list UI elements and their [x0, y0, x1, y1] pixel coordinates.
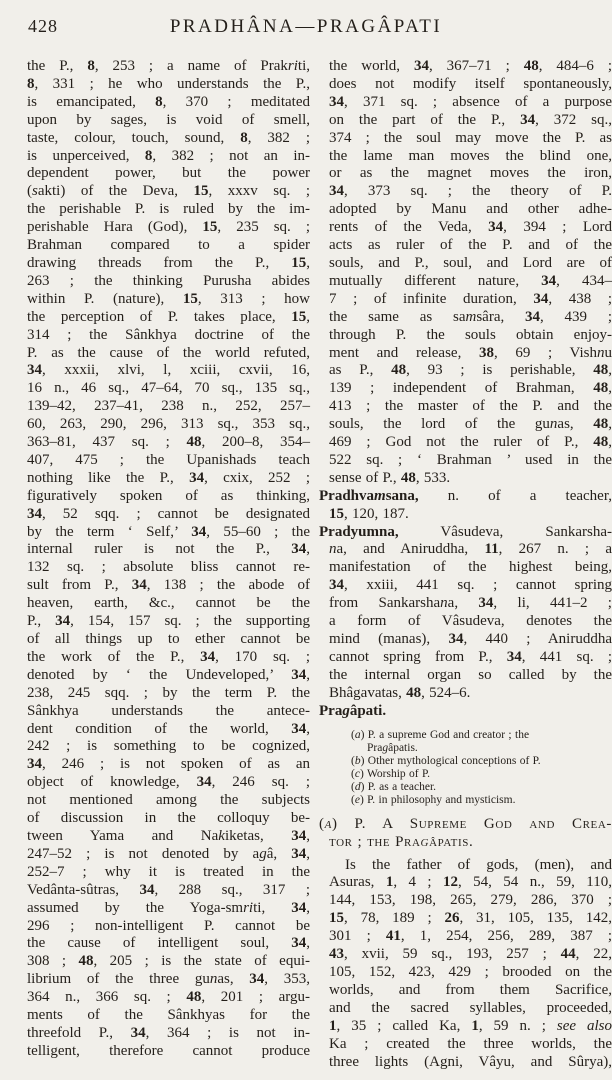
right-column: the world, 34, 367–71 ; 48, 484–6 ;does …: [319, 58, 612, 1071]
text-line: the same as samsâra, 34, 439 ;: [329, 309, 612, 327]
text-line: 247–52 ; is not denoted by agâ, 34,: [27, 846, 310, 864]
page-title: PRADHÂNA—PRAGÂPATI: [0, 16, 612, 38]
text-line: is emancipated, 8, 370 ; meditated: [27, 94, 310, 112]
text-line: Is the father of gods, (men), and: [329, 857, 612, 875]
text-line: denoted by ‘ the Undeveloped,’ 34,: [27, 667, 310, 685]
text-line: 263 ; the thinking Purusha abides: [27, 273, 310, 291]
text-line: a form of Vâsudeva, denotes the: [329, 613, 612, 631]
text-line: perishable Hara (God), 15, 235 sq. ;: [27, 219, 310, 237]
text-columns: the P., 8, 253 ; a name of Prakriti,8, 3…: [0, 57, 612, 1071]
text-line: souls, and P., soul, and Lord are of: [329, 255, 612, 273]
page-header: 428 PRADHÂNA—PRAGÂPATI: [0, 0, 612, 56]
text-line: 242 ; is something to be cognized,: [27, 738, 310, 756]
text-line: 374 ; the soul may move the P. as: [329, 130, 612, 148]
text-line: acts as ruler of the P. and of the: [329, 237, 612, 255]
text-line: and the sacred syllables, proceeded,: [329, 1000, 612, 1018]
text-line: 413 ; the master of the P. and the: [329, 398, 612, 416]
text-line: (a) P. a supreme God and creator ; the: [329, 729, 612, 742]
text-line: cannot spring from P., 34, 441 sq. ;: [329, 649, 612, 667]
text-line: 15, 78, 189 ; 26, 31, 105, 135, 142,: [329, 910, 612, 928]
text-line: nothing like the P., 34, cxix, 252 ;: [27, 470, 310, 488]
text-line: 407, 475 ; the Upanishads teach: [27, 452, 310, 470]
text-line: (c) Worship of P.: [329, 768, 612, 781]
text-line: manifestation of the highest being,: [329, 559, 612, 577]
text-line: or as the magnet moves the iron,: [329, 165, 612, 183]
text-line: 363–81, 437 sq. ; 48, 200–8, 354–: [27, 434, 310, 452]
text-line: from Sankarshana, 34, li, 441–2 ;: [329, 595, 612, 613]
text-line: ments of the Sânkhyas for the: [27, 1007, 310, 1025]
text-line: 16 n., 46 sq., 47–64, 70 sq., 135 sq.,: [27, 380, 310, 398]
text-line: 34, 52 sqq. ; cannot be designated: [27, 506, 310, 524]
text-line: Vedânta-sûtras, 34, 288 sq., 317 ;: [27, 882, 310, 900]
text-line: Bhâgavatas, 48, 524–6.: [329, 685, 612, 703]
text-line: mutually different nature, 34, 434–: [329, 273, 612, 291]
text-line: souls, the lord of the gunas, 48,: [329, 416, 612, 434]
text-line: 252–7 ; why it is treated in the: [27, 864, 310, 882]
text-line: (sakti) of the Deva, 15, xxxv sq. ;: [27, 183, 310, 201]
text-line: the P., 8, 253 ; a name of Prakriti,: [27, 58, 310, 76]
text-line: as P., 48, 93 ; is perishable, 48,: [329, 362, 612, 380]
text-line: 7 ; of infinite duration, 34, 438 ;: [329, 291, 612, 309]
text-line: sense of P., 48, 533.: [329, 470, 612, 488]
text-line: the work of the P., 34, 170 sq. ;: [27, 649, 310, 667]
text-line: is unperceived, 8, 382 ; not an in-: [27, 148, 310, 166]
text-line: 34, 371 sq. ; absence of a purpose: [329, 94, 612, 112]
text-line: 139 ; independent of Brahman, 48,: [329, 380, 612, 398]
text-line: (a) P. A Supreme God and Crea-: [319, 815, 612, 834]
text-line: (d) P. as a teacher.: [329, 781, 612, 794]
text-line: through P. the souls obtain enjoy-: [329, 327, 612, 345]
text-line: 1, 35 ; called Ka, 1, 59 n. ; see also: [329, 1018, 612, 1036]
text-line: P. as the cause of the world refuted,: [27, 345, 310, 363]
text-line: drawing threads from the P., 15,: [27, 255, 310, 273]
text-line: (e) P. in philosophy and mysticism.: [329, 794, 612, 807]
page-number: 428: [28, 16, 58, 37]
text-line: Sânkhya understands the antece-: [27, 703, 310, 721]
text-line: three lights (Agni, Vâyu, and Sûrya),: [329, 1054, 612, 1072]
text-line: (b) Other mythological conceptions of P.: [329, 755, 612, 768]
text-line: upon by sages, is void of smell,: [27, 112, 310, 130]
text-line: 308 ; 48, 205 ; is the state of equi-: [27, 953, 310, 971]
text-line: Pragâpati.: [319, 703, 612, 721]
text-line: 105, 152, 423, 429 ; brooded on the: [329, 964, 612, 982]
text-line: 132 sq. ; absolute bliss cannot re-: [27, 559, 310, 577]
text-line: dependent power, but the power: [27, 165, 310, 183]
text-line: 15, 120, 187.: [329, 506, 612, 524]
text-line: 34, xxxii, xlvi, l, xciii, cxvii, 16,: [27, 362, 310, 380]
text-line: taste, colour, touch, sound, 8, 382 ;: [27, 130, 310, 148]
text-line: tor ; the Pragâpatis.: [329, 833, 612, 852]
text-line: 60, 263, 290, 296, 313 sq., 353 sq.,: [27, 416, 310, 434]
text-line: the world, 34, 367–71 ; 48, 484–6 ;: [329, 58, 612, 76]
text-line: 34, 246 ; is not spoken of as an: [27, 756, 310, 774]
text-line: within P. (nature), 15, 313 ; how: [27, 291, 310, 309]
text-line: rents of the Veda, 34, 394 ; Lord: [329, 219, 612, 237]
text-line: Asuras, 1, 4 ; 12, 54, 54 n., 59, 110,: [329, 874, 612, 892]
text-line: ment and release, 38, 69 ; Vishnu: [329, 345, 612, 363]
text-line: by the term ‘ Self,’ 34, 55–60 ; the: [27, 524, 310, 542]
text-line: 364 n., 366 sq. ; 48, 201 ; argu-: [27, 989, 310, 1007]
text-line: Pragâpatis.: [329, 742, 612, 755]
text-line: the lame man moves the blind one,: [329, 148, 612, 166]
text-line: of all things up to ether cannot be: [27, 631, 310, 649]
text-line: 522 sq. ; ‘ Brahman ’ used in the: [329, 452, 612, 470]
text-line: dent condition of the world, 34,: [27, 721, 310, 739]
left-column: the P., 8, 253 ; a name of Prakriti,8, 3…: [27, 58, 310, 1071]
text-line: the internal organ so called by the: [329, 667, 612, 685]
text-line: 301 ; 41, 1, 254, 256, 289, 387 ;: [329, 928, 612, 946]
text-line: on the part of the P., 34, 372 sq.,: [329, 112, 612, 130]
text-line: P., 34, 154, 157 sq. ; the supporting: [27, 613, 310, 631]
text-line: 144, 153, 198, 265, 279, 286, 370 ;: [329, 892, 612, 910]
text-line: Pradhvamsana, n. of a teacher,: [319, 488, 612, 506]
text-line: heaven, earth, &c., cannot be the: [27, 595, 310, 613]
text-line: mind (manas), 34, 440 ; Aniruddha: [329, 631, 612, 649]
text-line: worlds, and from them Sacrifice,: [329, 982, 612, 1000]
book-page: 428 PRADHÂNA—PRAGÂPATI the P., 8, 253 ; …: [0, 0, 612, 1080]
text-line: 34, 373 sq. ; the theory of P.: [329, 183, 612, 201]
text-line: telligent, therefore cannot produce: [27, 1043, 310, 1061]
text-line: 469 ; God not the ruler of P., 48,: [329, 434, 612, 452]
text-line: does not modify itself spontaneously,: [329, 76, 612, 94]
text-line: adopted by Manu and other adhe-: [329, 201, 612, 219]
text-line: the perishable P. is ruled by the im-: [27, 201, 310, 219]
text-line: not mentioned among the subjects: [27, 792, 310, 810]
text-line: 43, xvii, 59 sq., 193, 257 ; 44, 22,: [329, 946, 612, 964]
text-line: internal ruler is not the P., 34,: [27, 541, 310, 559]
text-line: Ka ; created the three worlds, the: [329, 1036, 612, 1054]
text-line: 8, 331 ; he who understands the P.,: [27, 76, 310, 94]
text-line: object of knowledge, 34, 246 sq. ;: [27, 774, 310, 792]
text-line: tween Yama and Nakiketas, 34,: [27, 828, 310, 846]
text-line: 296 ; non-intelligent P. cannot be: [27, 918, 310, 936]
text-line: of discussion in the colloquy be-: [27, 810, 310, 828]
text-line: 238, 245 sqq. ; by the term P. the: [27, 685, 310, 703]
text-line: Pradyumna, Vâsudeva, Sankarsha-: [319, 524, 612, 542]
text-line: the perception of P. takes place, 15,: [27, 309, 310, 327]
text-line: the cause of intelligent soul, 34,: [27, 935, 310, 953]
text-line: 314 ; the Sânkhya doctrine of the: [27, 327, 310, 345]
text-line: sult from P., 34, 138 ; the abode of: [27, 577, 310, 595]
text-line: threefold P., 34, 364 ; is not in-: [27, 1025, 310, 1043]
text-line: na, and Aniruddha, 11, 267 n. ; a: [329, 541, 612, 559]
text-line: Brahman compared to a spider: [27, 237, 310, 255]
text-line: 34, xxiii, 441 sq. ; cannot spring: [329, 577, 612, 595]
text-line: 139–42, 237–41, 238 n., 252, 257–: [27, 398, 310, 416]
text-line: figuratively spoken of as thinking,: [27, 488, 310, 506]
text-line: librium of the three gunas, 34, 353,: [27, 971, 310, 989]
text-line: assumed by the Yoga-smriti, 34,: [27, 900, 310, 918]
